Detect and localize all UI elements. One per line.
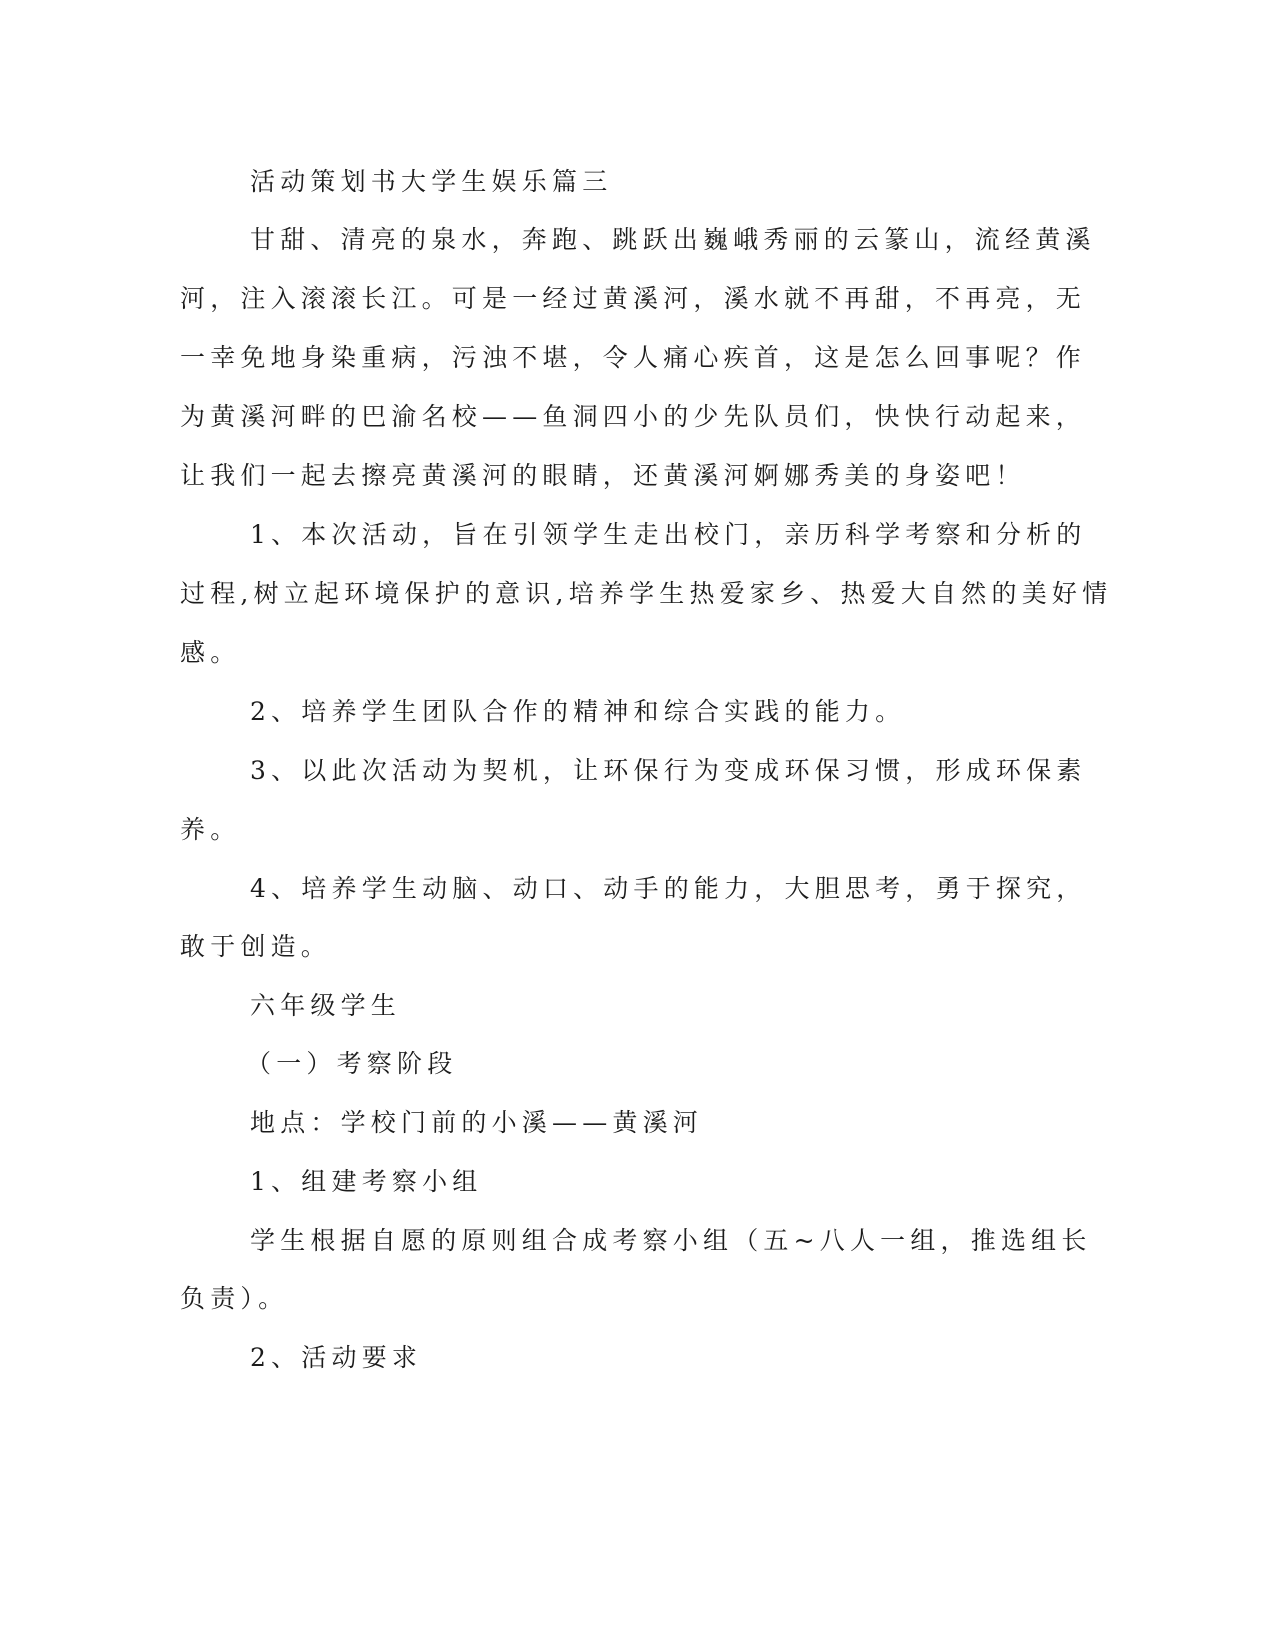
goal-line: 感。 [180,638,240,668]
document-title: 活动策划书大学生娱乐篇三 [250,167,612,197]
goal-line: 3、以此次活动为契机，让环保行为变成环保习惯，形成环保素 [250,756,1087,786]
document-page: 活动策划书大学生娱乐篇三 甘甜、清亮的泉水，奔跑、跳跃出巍峨秀丽的云篆山，流经黄… [0,0,1275,1650]
step2-heading: 2、活动要求 [250,1343,422,1373]
stage-heading: （一）考察阶段 [246,1049,457,1079]
location-text: 地点：学校门前的小溪——黄溪河 [250,1108,703,1138]
step1-heading: 1、组建考察小组 [250,1167,483,1197]
goal-line: 敢于创造。 [180,932,331,962]
step1-line: 学生根据自愿的原则组合成考察小组（五~八人一组，推选组长 [250,1226,1092,1256]
intro-line: 河，注入滚滚长江。可是一经过黄溪河，溪水就不再甜，不再亮，无 [180,284,1086,314]
intro-line: 甘甜、清亮的泉水，奔跑、跳跃出巍峨秀丽的云篆山，流经黄溪 [250,225,1096,255]
intro-line: 一幸免地身染重病，污浊不堪，令人痛心疾首，这是怎么回事呢？作 [180,343,1086,373]
participants-text: 六年级学生 [250,991,401,1021]
intro-line: 让我们一起去擦亮黄溪河的眼睛，还黄溪河婀娜秀美的身姿吧！ [180,461,1026,491]
intro-line: 为黄溪河畔的巴渝名校——鱼洞四小的少先队员们，快快行动起来， [180,402,1086,432]
goal-line: 1、本次活动，旨在引领学生走出校门，亲历科学考察和分析的 [250,520,1087,550]
goal-line: 4、培养学生动脑、动口、动手的能力，大胆思考，勇于探究， [250,874,1087,904]
goal-line: 2、培养学生团队合作的精神和综合实践的能力。 [250,697,905,727]
goal-line: 过程,树立起环境保护的意识,培养学生热爱家乡、热爱大自然的美好情 [180,579,1112,609]
goal-line: 养。 [180,815,240,845]
step1-line: 负责）。 [180,1284,288,1314]
